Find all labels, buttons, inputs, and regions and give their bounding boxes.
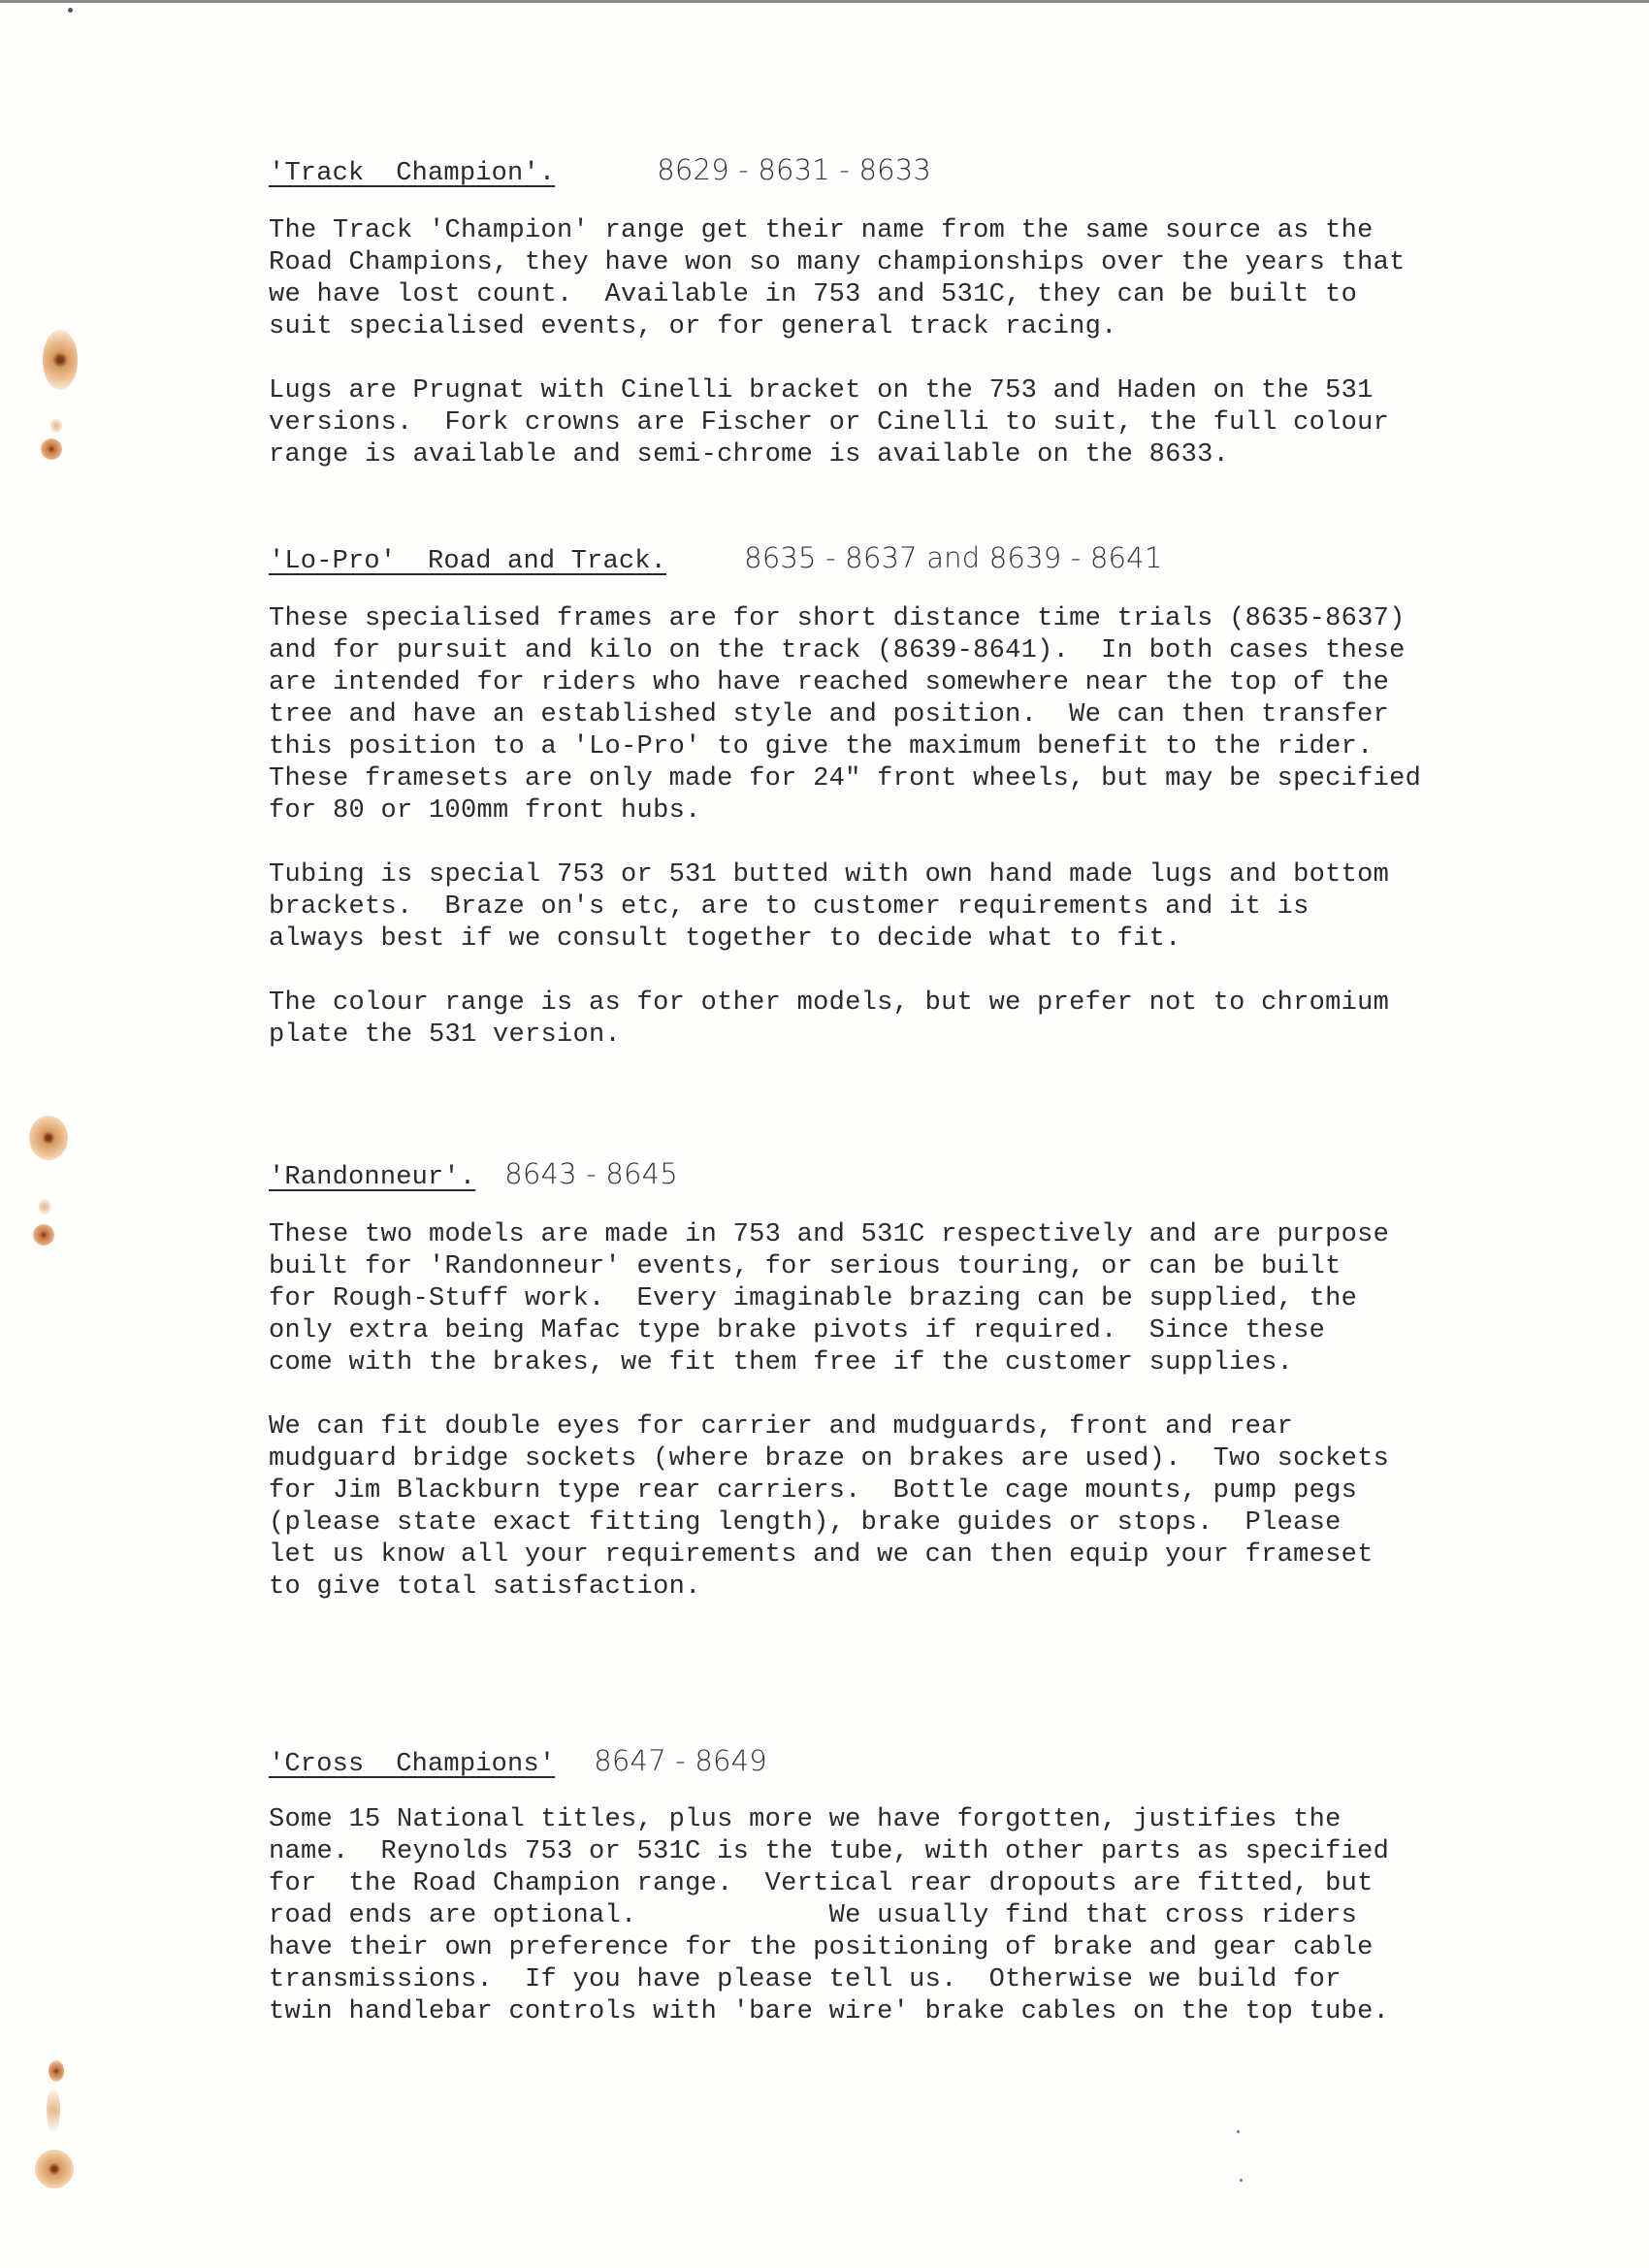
punch-hole-stain [50,419,62,433]
section-title: 'Randonneur'. [269,1163,475,1192]
section-randonneur: 'Randonneur'.8643 - 8645 These two model… [269,1157,1433,1604]
scan-speck [68,8,73,13]
section-title: 'Lo-Pro' Road and Track. [269,547,666,576]
paragraph: Tubing is special 753 or 531 butted with… [269,859,1433,956]
paragraph: We can fit double eyes for carrier and m… [269,1411,1433,1604]
punch-hole-stain [43,330,78,390]
section-cross-champions: 'Cross Champions'8647 - 8649 Some 15 Nat… [269,1744,1433,2028]
section-title: 'Cross Champions' [269,1750,555,1779]
section-heading: 'Cross Champions'8647 - 8649 [269,1744,1433,1779]
paragraph: Some 15 National titles, plus more we ha… [269,1804,1433,2028]
model-codes: 8629 - 8631 - 8633 [657,153,931,186]
paragraph: These specialised frames are for short d… [269,603,1433,827]
model-codes: 8643 - 8645 [504,1157,678,1190]
punch-hole-stain [47,2088,60,2132]
section-title: 'Track Champion'. [269,159,555,188]
punch-hole-stain [33,1224,54,1246]
section-track-champion: 'Track Champion'.8629 - 8631 - 8633 The … [269,153,1433,471]
punch-hole-stain [41,438,62,460]
paragraph: The Track 'Champion' range get their nam… [269,215,1433,343]
model-codes: 8647 - 8649 [594,1744,767,1777]
punch-hole-stain [35,2150,74,2188]
section-heading: 'Randonneur'.8643 - 8645 [269,1157,1433,1192]
section-heading: 'Lo-Pro' Road and Track.8635 - 8637 and … [269,541,1433,576]
paragraph: These two models are made in 753 and 531… [269,1219,1433,1379]
section-heading: 'Track Champion'.8629 - 8631 - 8633 [269,153,1433,188]
scan-speck [1237,2130,1240,2133]
section-lo-pro: 'Lo-Pro' Road and Track.8635 - 8637 and … [269,541,1433,1052]
punch-hole-stain [39,1199,50,1215]
paragraph: Lugs are Prugnat with Cinelli bracket on… [269,375,1433,471]
model-codes: 8635 - 8637 and 8639 - 8641 [744,541,1162,574]
page-top-edge [0,0,1649,3]
scan-speck [1240,2179,1243,2182]
punch-hole-stain [29,1116,68,1160]
paragraph: The colour range is as for other models,… [269,988,1433,1052]
punch-hole-stain [48,2060,64,2082]
